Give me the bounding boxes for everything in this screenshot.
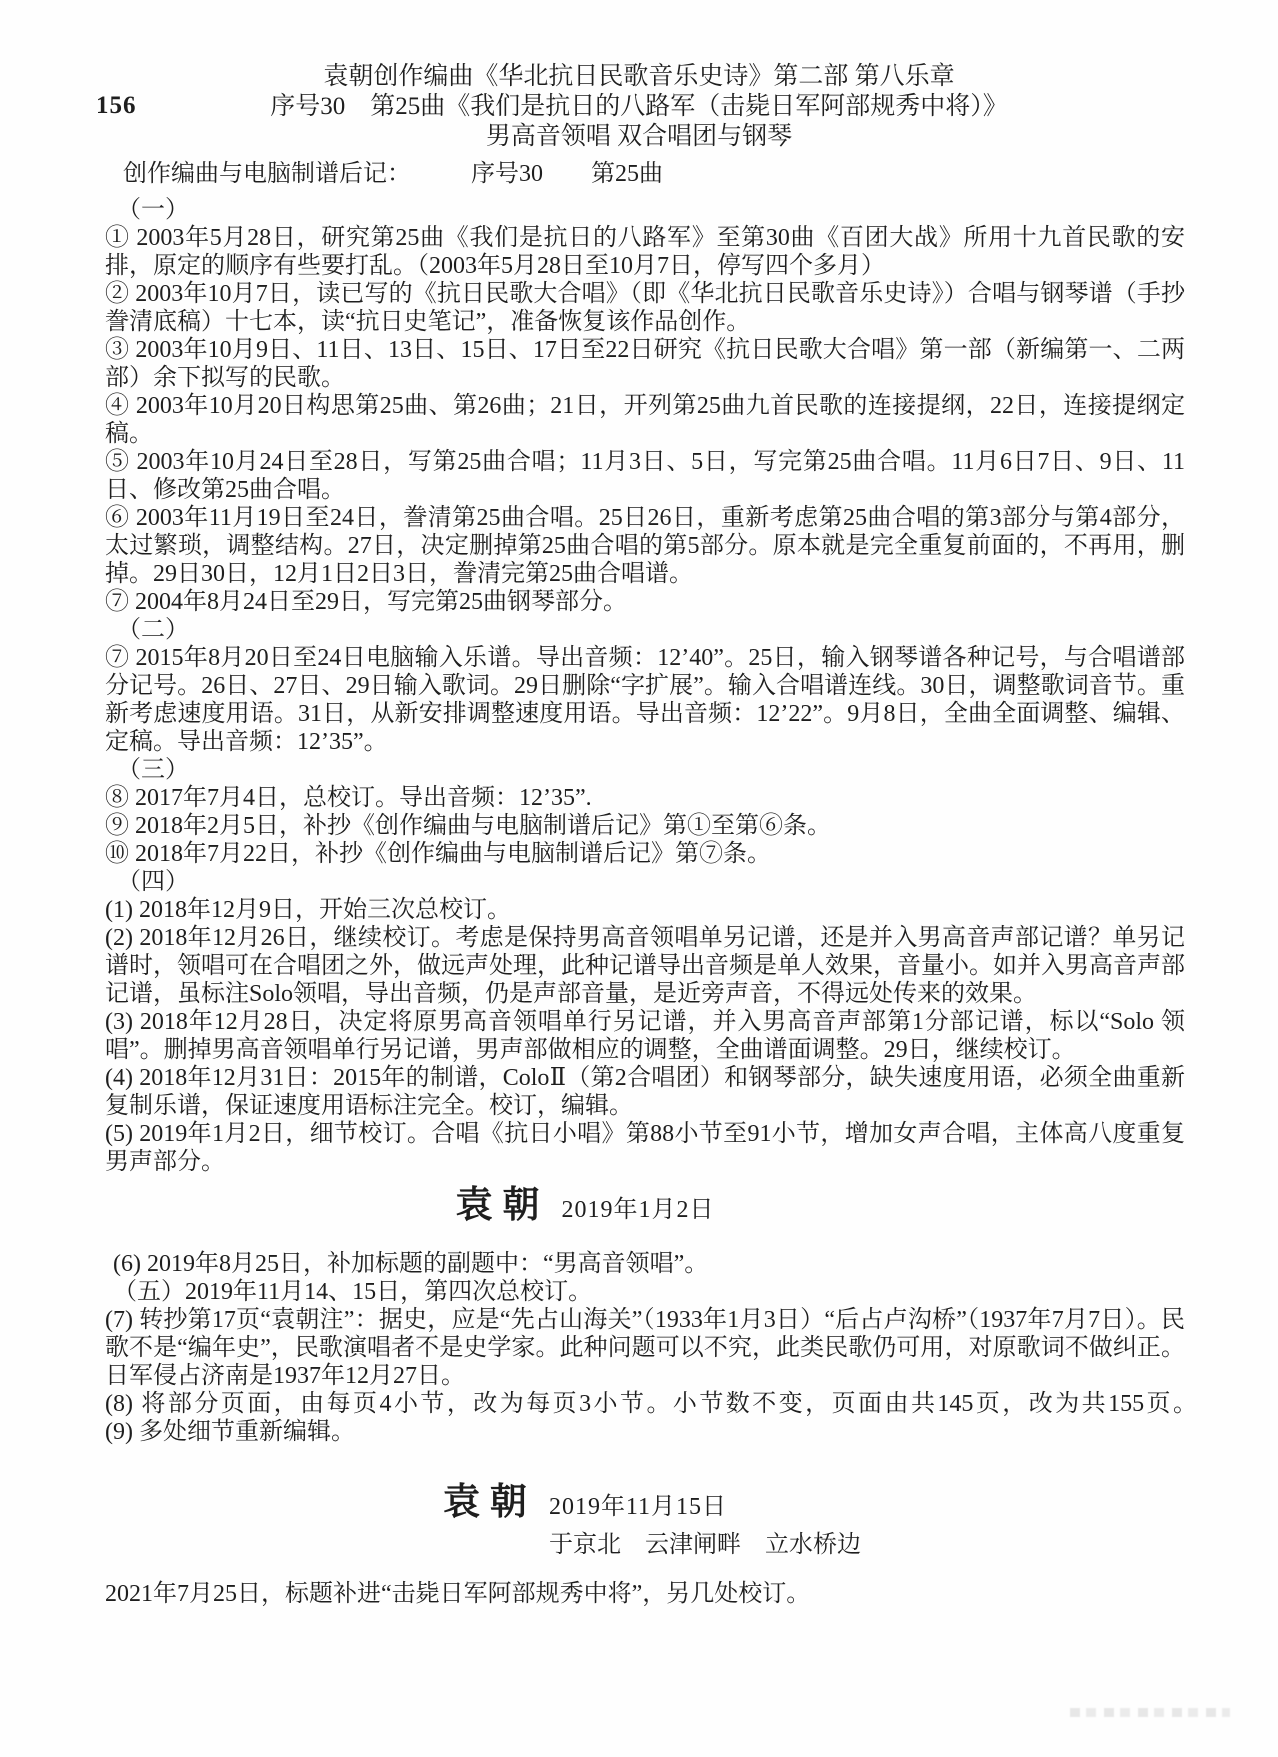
postscript-heading: 创作编曲与电脑制谱后记： 序号30 第25曲 xyxy=(105,160,1185,188)
paragraph-list-a: （一）① 2003年5月28日，研究第25曲《我们是抗日的八路军》至第30曲《百… xyxy=(105,196,1185,1176)
paragraph: ④ 2003年10月20日构思第25曲、第26曲；21日，开列第25曲九首民歌的… xyxy=(105,392,1185,448)
paragraph: ⑩ 2018年7月22日，补抄《创作编曲与电脑制谱后记》第⑦条。 xyxy=(105,840,1185,868)
page-header: 袁朝创作编曲《华北抗日民歌音乐史诗》第二部 第八乐章 序号30 第25曲《我们是… xyxy=(0,62,1278,152)
header-title-line3: 男高音领唱 双合唱团与钢琴 xyxy=(0,122,1278,152)
paragraph: ⑨ 2018年2月5日，补抄《创作编曲与电脑制谱后记》第①至第⑥条。 xyxy=(105,812,1185,840)
paragraph: （四） xyxy=(105,868,1185,896)
paragraph: （二） xyxy=(105,616,1185,644)
paragraph-list-b: (6) 2019年8月25日，补加标题的副题中：“男高音领唱”。（五）2019年… xyxy=(105,1250,1185,1446)
document-body: 创作编曲与电脑制谱后记： 序号30 第25曲 （一）① 2003年5月28日，研… xyxy=(105,160,1185,1608)
signature-date: 2019年11月15日 xyxy=(549,1494,727,1520)
paragraph: (2) 2018年12月26日，继续校订。考虑是保持男高音领唱单另记谱，还是并入… xyxy=(105,924,1185,1008)
signature-name: 袁朝 xyxy=(456,1185,550,1226)
paragraph: (6) 2019年8月25日，补加标题的副题中：“男高音领唱”。 xyxy=(105,1250,1185,1278)
document-page: 156 袁朝创作编曲《华北抗日民歌音乐史诗》第二部 第八乐章 序号30 第25曲… xyxy=(0,0,1278,1757)
paragraph: (7) 转抄第17页“袁朝注”：据史，应是“先占山海关”（1933年1月3日）“… xyxy=(105,1306,1185,1390)
signature-block-2: 袁朝2019年11月15日 xyxy=(105,1480,1185,1530)
signature-place: 于京北 云津闸畔 立水桥边 xyxy=(105,1530,1185,1560)
paragraph: ⑥ 2003年11月19日至24日，誊清第25曲合唱。25日26日，重新考虑第2… xyxy=(105,504,1185,588)
paragraph: ⑧ 2017年7月4日，总校订。导出音频：12’35”. xyxy=(105,784,1185,812)
signature-date: 2019年1月2日 xyxy=(562,1197,715,1223)
watermark-smudge xyxy=(1070,1708,1230,1717)
paragraph: (3) 2018年12月28日，决定将原男高音领唱单行另记谱，并入男高音声部第1… xyxy=(105,1008,1185,1064)
paragraph: (5) 2019年1月2日，细节校订。合唱《抗日小唱》第88小节至91小节，增加… xyxy=(105,1120,1185,1176)
paragraph: （一） xyxy=(105,196,1185,224)
paragraph: ③ 2003年10月9日、11日、13日、15日、17日至22日研究《抗日民歌大… xyxy=(105,336,1185,392)
paragraph: ⑦ 2004年8月24日至29日，写完第25曲钢琴部分。 xyxy=(105,588,1185,616)
paragraph: ① 2003年5月28日，研究第25曲《我们是抗日的八路军》至第30曲《百团大战… xyxy=(105,224,1185,280)
paragraph: ⑤ 2003年10月24日至28日，写第25曲合唱；11月3日、5日，写完第25… xyxy=(105,448,1185,504)
paragraph: （五）2019年11月14、15日，第四次总校订。 xyxy=(105,1278,1185,1306)
paragraph: (8) 将部分页面，由每页4小节，改为每页3小节。小节数不变，页面由共145页，… xyxy=(105,1390,1185,1446)
paragraph: (1) 2018年12月9日，开始三次总校订。 xyxy=(105,896,1185,924)
signature-block-1: 袁朝2019年1月2日 xyxy=(105,1182,1185,1234)
header-title-line2: 序号30 第25曲《我们是抗日的八路军（击毙日军阿部规秀中将）》 xyxy=(0,92,1278,122)
signature-name: 袁朝 xyxy=(443,1482,537,1523)
paragraph: (4) 2018年12月31日：2015年的制谱，ColoⅡ（第2合唱团）和钢琴… xyxy=(105,1064,1185,1120)
footer-note: 2021年7月25日，标题补进“击毙日军阿部规秀中将”，另几处校订。 xyxy=(105,1580,1185,1608)
paragraph: ② 2003年10月7日，读已写的《抗日民歌大合唱》（即《华北抗日民歌音乐史诗》… xyxy=(105,280,1185,336)
paragraph: ⑦ 2015年8月20日至24日电脑输入乐谱。导出音频：12’40”。25日，输… xyxy=(105,644,1185,756)
header-title-line1: 袁朝创作编曲《华北抗日民歌音乐史诗》第二部 第八乐章 xyxy=(0,62,1278,92)
paragraph: （三） xyxy=(105,756,1185,784)
